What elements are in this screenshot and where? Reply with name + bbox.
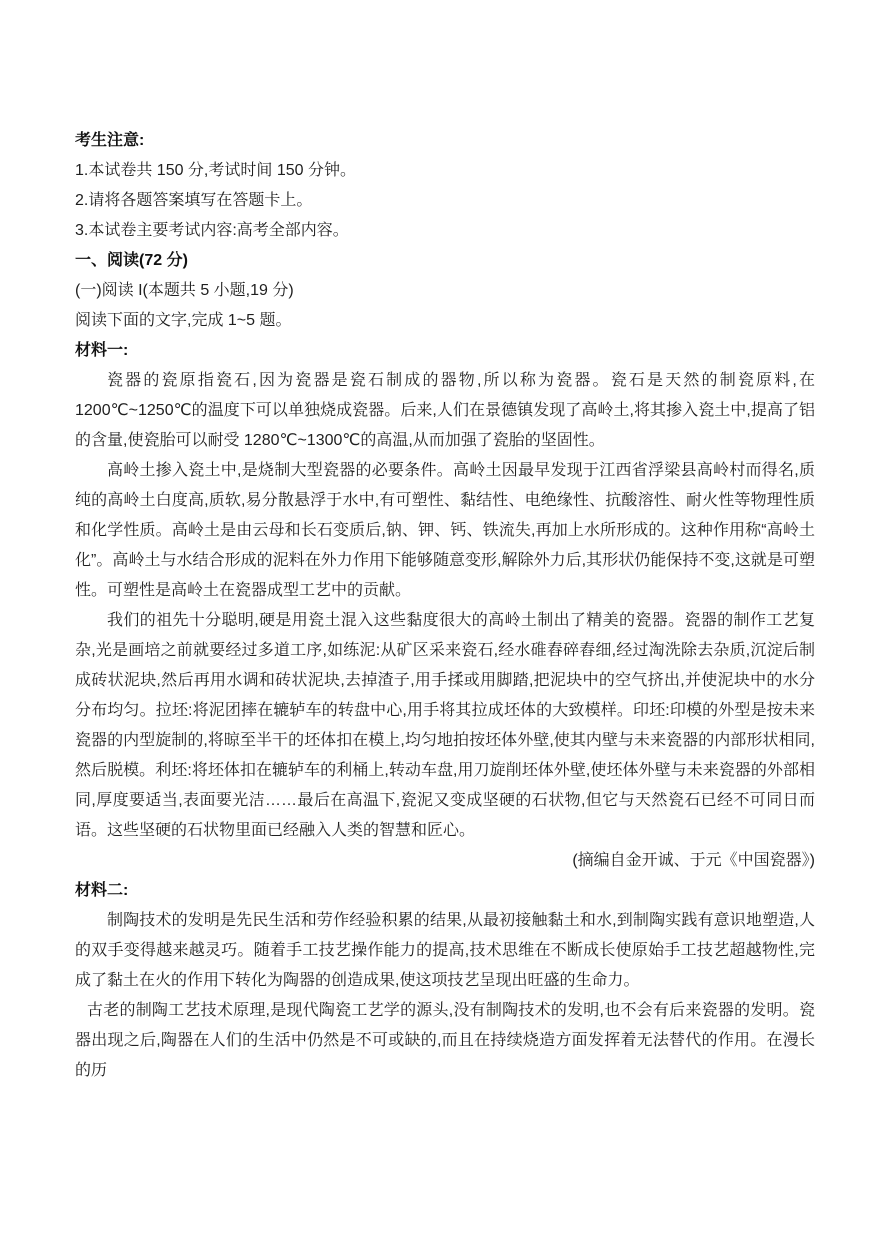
material-two: 材料二: 制陶技术的发明是先民生活和劳作经验积累的结果,从最初接触黏土和水,到制…: [75, 876, 815, 1086]
section-heading: 一、阅读(72 分): [75, 246, 815, 276]
reading-instruction: 阅读下面的文字,完成 1~5 题。: [75, 306, 815, 336]
notice-section: 考生注意: 1.本试卷共 150 分,考试时间 150 分钟。 2.请将各题答案…: [75, 126, 815, 246]
material-one-paragraph-3: 我们的祖先十分聪明,硬是用瓷土混入这些黏度很大的高岭土制出了精美的瓷器。瓷器的制…: [75, 606, 815, 846]
material-two-paragraph-1: 制陶技术的发明是先民生活和劳作经验积累的结果,从最初接触黏土和水,到制陶实践有意…: [75, 906, 815, 996]
material-two-label: 材料二:: [75, 876, 815, 906]
subsection-heading: (一)阅读 I(本题共 5 小题,19 分): [75, 276, 815, 306]
exam-page: 考生注意: 1.本试卷共 150 分,考试时间 150 分钟。 2.请将各题答案…: [0, 0, 869, 1250]
material-one-citation: (摘编自金开诚、于元《中国瓷器》): [75, 846, 815, 876]
material-two-paragraph-2: 古老的制陶工艺技术原理,是现代陶瓷工艺学的源头,没有制陶技术的发明,也不会有后来…: [75, 996, 815, 1086]
material-one-paragraph-1: 瓷器的瓷原指瓷石,因为瓷器是瓷石制成的器物,所以称为瓷器。瓷石是天然的制瓷原料,…: [75, 366, 815, 456]
notice-item-2: 2.请将各题答案填写在答题卡上。: [75, 186, 815, 216]
notice-item-1: 1.本试卷共 150 分,考试时间 150 分钟。: [75, 156, 815, 186]
material-one-label: 材料一:: [75, 336, 815, 366]
reading-section: 一、阅读(72 分) (一)阅读 I(本题共 5 小题,19 分) 阅读下面的文…: [75, 246, 815, 336]
notice-item-3: 3.本试卷主要考试内容:高考全部内容。: [75, 216, 815, 246]
material-one: 材料一: 瓷器的瓷原指瓷石,因为瓷器是瓷石制成的器物,所以称为瓷器。瓷石是天然的…: [75, 336, 815, 876]
notice-title: 考生注意:: [75, 126, 815, 156]
material-one-paragraph-2: 高岭土掺入瓷土中,是烧制大型瓷器的必要条件。高岭土因最早发现于江西省浮梁县高岭村…: [75, 456, 815, 606]
